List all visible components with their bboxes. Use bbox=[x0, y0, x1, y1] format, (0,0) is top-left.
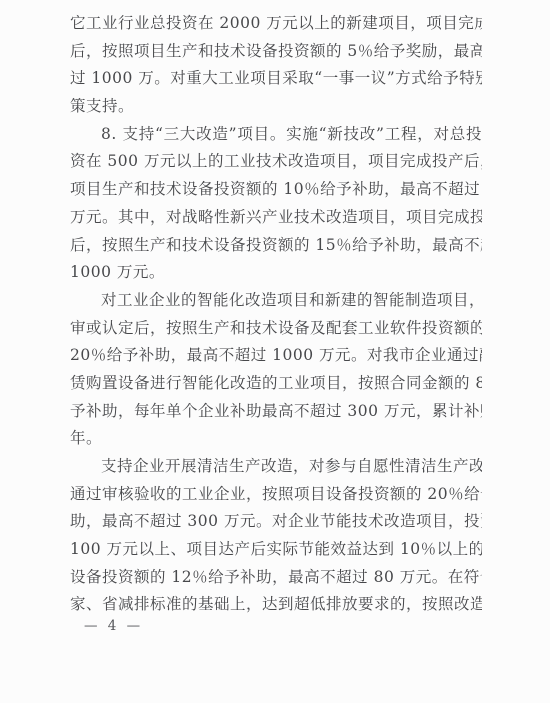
text-line: 设备投资额的 12％给予补助，最高不超过 80 万元。在符合国 bbox=[70, 564, 482, 592]
text-line: 年。 bbox=[70, 425, 482, 453]
text-line: 20％给予补助，最高不超过 1000 万元。对我市企业通过融资租 bbox=[70, 342, 482, 370]
text-line: 项目生产和技术设备投资额的 10％给予补助，最高不超过 1000 bbox=[70, 176, 482, 204]
text-line: 过 1000 万。对重大工业项目采取“一事一议”方式给予特别政 bbox=[70, 65, 482, 93]
text-line: 通过审核验收的工业企业，按照项目设备投资额的 20％给予补 bbox=[70, 481, 482, 509]
text-line: 助，最高不超过 300 万元。对企业节能技术改造项目，投资额 bbox=[70, 508, 482, 536]
text-line: 审或认定后，按照生产和技术设备及配套工业软件投资额的 bbox=[70, 315, 482, 343]
text-line: 它工业行业总投资在 2000 万元以上的新建项目，项目完成投产 bbox=[70, 10, 482, 38]
text-line: 万元。其中，对战略性新兴产业技术改造项目，项目完成投产 bbox=[70, 204, 482, 232]
document-body: 它工业行业总投资在 2000 万元以上的新建项目，项目完成投产 后，按照项目生产… bbox=[70, 10, 482, 619]
text-line: 资在 500 万元以上的工业技术改造项目，项目完成投产后，按照 bbox=[70, 148, 482, 176]
page-number: — 4 — bbox=[84, 618, 143, 634]
paragraph-smart-manufacturing: 对工业企业的智能化改造项目和新建的智能制造项目，经评 审或认定后，按照生产和技术… bbox=[70, 287, 482, 453]
text-line: 赁购置设备进行智能化改造的工业项目，按照合同金额的 8％给 bbox=[70, 370, 482, 398]
paragraph-continuation: 它工业行业总投资在 2000 万元以上的新建项目，项目完成投产 后，按照项目生产… bbox=[70, 10, 482, 121]
text-line: 100 万元以上、项目达产后实际节能效益达到 10％以上的，按照 bbox=[70, 536, 482, 564]
text-line: 予补助，每年单个企业补助最高不超过 300 万元，累计补贴 3 bbox=[70, 398, 482, 426]
text-line: 8. 支持“三大改造”项目。实施“新技改”工程，对总投 bbox=[70, 121, 482, 149]
text-line: 1000 万元。 bbox=[70, 259, 482, 287]
paragraph-item-8: 8. 支持“三大改造”项目。实施“新技改”工程，对总投 资在 500 万元以上的… bbox=[70, 121, 482, 287]
text-line: 后，按照生产和技术设备投资额的 15％给予补助，最高不超过 bbox=[70, 232, 482, 260]
text-line: 对工业企业的智能化改造项目和新建的智能制造项目，经评 bbox=[70, 287, 482, 315]
paragraph-clean-production: 支持企业开展清洁生产改造，对参与自愿性清洁生产改造并 通过审核验收的工业企业，按… bbox=[70, 453, 482, 619]
text-line: 家、省减排标准的基础上，达到超低排放要求的，按照改造设备 bbox=[70, 591, 482, 619]
text-line: 支持企业开展清洁生产改造，对参与自愿性清洁生产改造并 bbox=[70, 453, 482, 481]
text-line: 后，按照项目生产和技术设备投资额的 5％给予奖励，最高不超 bbox=[70, 38, 482, 66]
text-line: 策支持。 bbox=[70, 93, 482, 121]
document-page: 它工业行业总投资在 2000 万元以上的新建项目，项目完成投产 后，按照项目生产… bbox=[0, 0, 550, 703]
